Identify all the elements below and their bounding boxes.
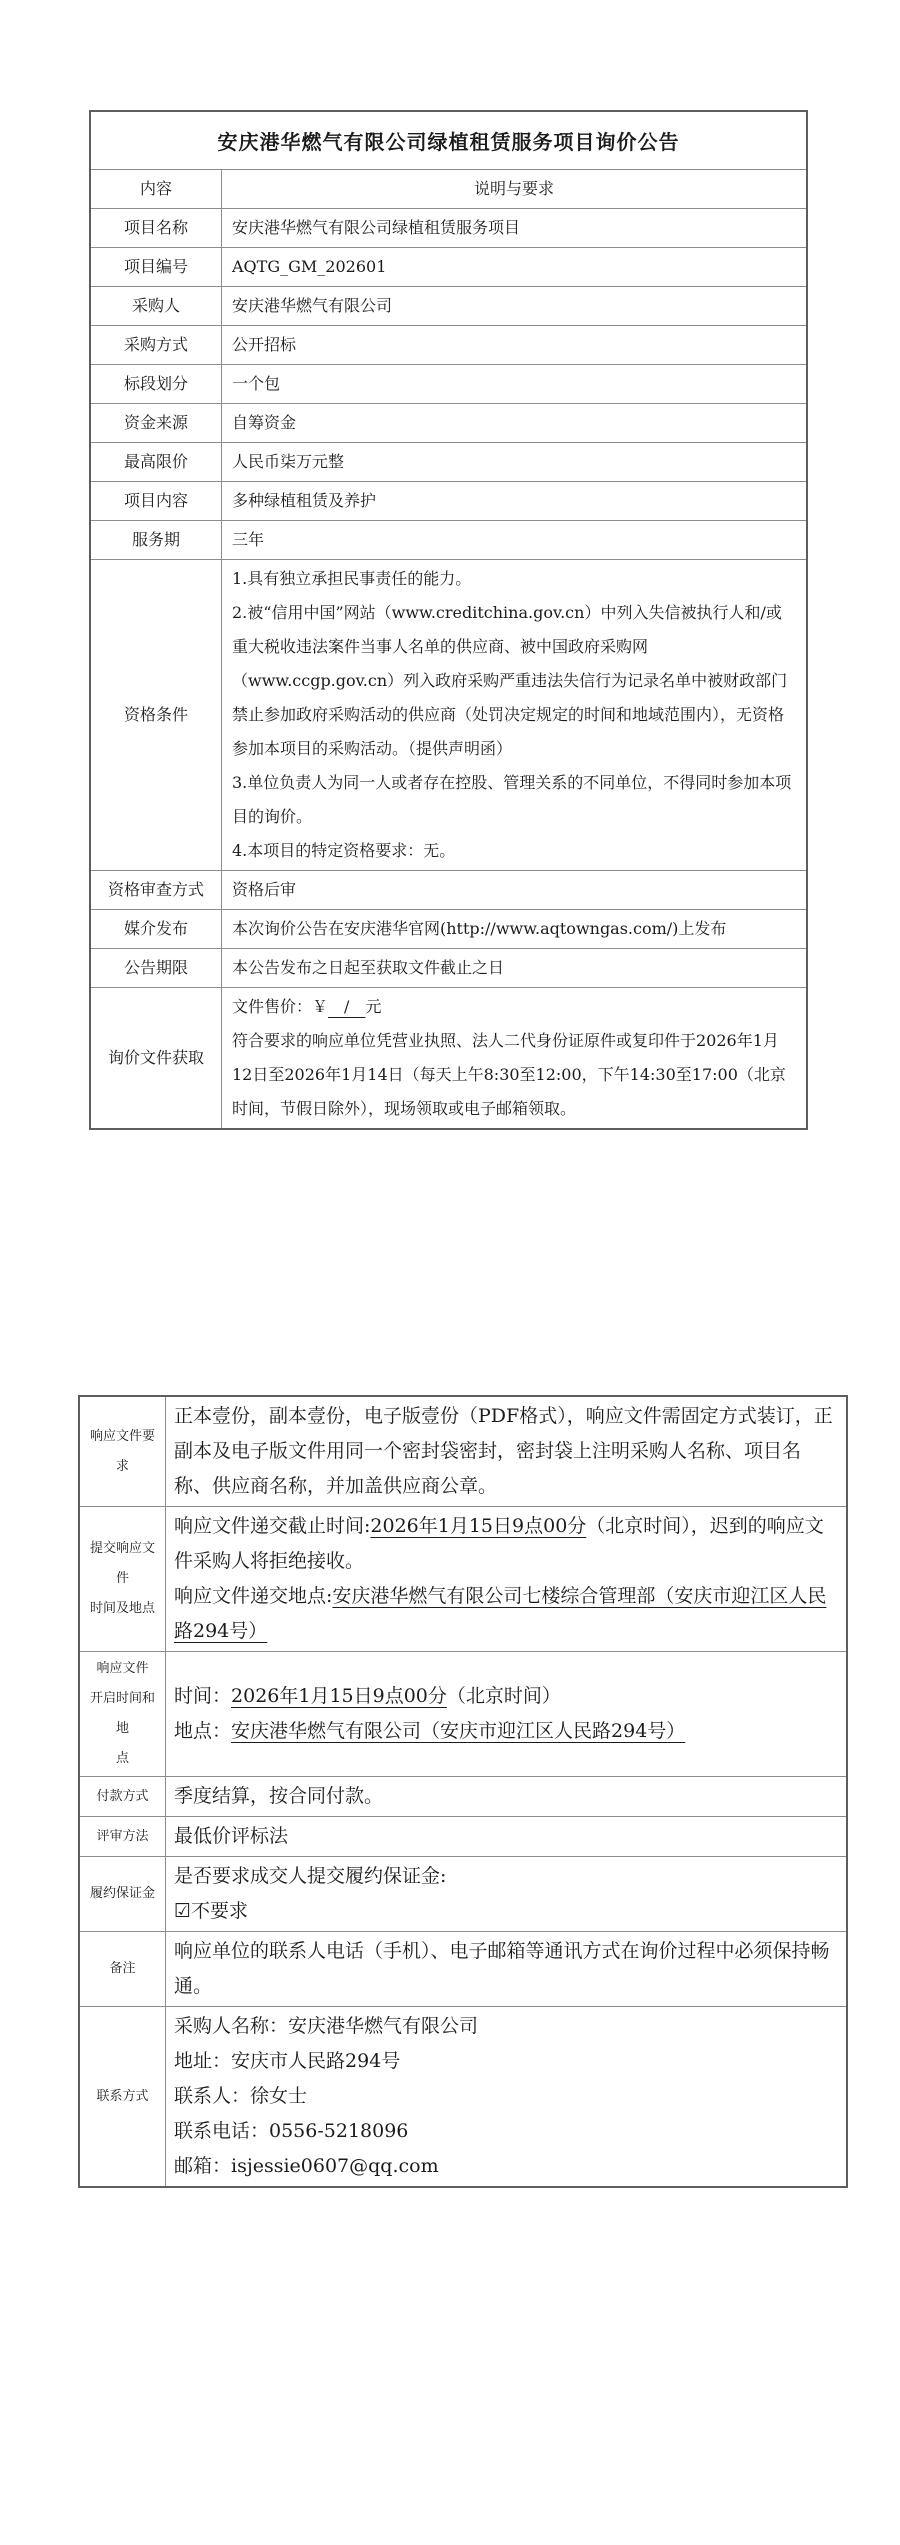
details-table: 响应文件要求正本壹份，副本壹份，电子版壹份（PDF格式），响应文件需固定方式装订…: [78, 1395, 848, 2188]
text-segment: 季度结算，按合同付款。: [174, 1785, 383, 1807]
document-acquisition-label: 询价文件获取: [108, 1043, 204, 1073]
media-release-label-cell: 媒介发布: [91, 910, 222, 948]
text-segment: /: [328, 997, 365, 1016]
row-procurement-method: 采购方式公开招标: [91, 325, 806, 364]
text-segment: 邮箱：isjessie0607@qq.com: [174, 2155, 439, 2177]
service-period-label: 服务期: [132, 525, 180, 555]
checkbox-checked-icon: ☑: [174, 1900, 191, 1922]
payment-method-label-cell: 付款方式: [80, 1777, 166, 1816]
paragraph: 邮箱：isjessie0607@qq.com: [174, 2149, 836, 2184]
procurement-method-content: 公开招标: [222, 326, 806, 364]
paragraph: 地址：安庆市人民路294号: [174, 2044, 836, 2079]
paragraph: 采购人名称：安庆港华燃气有限公司: [174, 2009, 836, 2044]
lot-division-content: 一个包: [222, 365, 806, 403]
text-segment: 联系电话：0556-5218096: [174, 2120, 408, 2142]
text-segment: 一个包: [232, 374, 280, 393]
project-content-label: 项目内容: [124, 486, 188, 516]
payment-method-content: 季度结算，按合同付款。: [166, 1777, 846, 1816]
text-segment: 安庆港华燃气有限公司绿植租赁服务项目: [232, 218, 520, 237]
paragraph: 本公告发布之日起至获取文件截止之日: [232, 951, 796, 985]
text-segment: 最低价评标法: [174, 1825, 288, 1847]
text-segment: 公开招标: [232, 335, 296, 354]
qualification-requirements-content: 1.具有独立承担民事责任的能力。2.被“信用中国”网站（www.creditch…: [222, 560, 806, 870]
text-segment: 元: [365, 997, 381, 1016]
paragraph: 响应文件递交地点:安庆港华燃气有限公司七楼综合管理部（安庆市迎江区人民路294号…: [174, 1579, 836, 1649]
paragraph: 响应单位的联系人电话（手机）、电子邮箱等通讯方式在询价过程中必须保持畅通。: [174, 1934, 836, 2004]
funding-source-label: 资金来源: [124, 408, 188, 438]
evaluation-method-label: 评审方法: [96, 1822, 148, 1852]
row-remarks: 备注响应单位的联系人电话（手机）、电子邮箱等通讯方式在询价过程中必须保持畅通。: [80, 1931, 846, 2006]
paragraph: 季度结算，按合同付款。: [174, 1779, 836, 1814]
paragraph: 公开招标: [232, 328, 796, 362]
header-content-column: 内容: [91, 170, 222, 208]
paragraph: 三年: [232, 523, 796, 557]
procurement-method-label: 采购方式: [124, 330, 188, 360]
text-segment: 本公告发布之日起至获取文件截止之日: [232, 958, 504, 977]
document-page: 安庆港华燃气有限公司绿植租赁服务项目询价公告 内容 说明与要求 项目名称安庆港华…: [0, 0, 900, 2545]
paragraph: 3.单位负责人为同一人或者存在控股、管理关系的不同单位，不得同时参加本项目的询价…: [232, 766, 796, 834]
text-segment: 2.被“信用中国”网站（www.creditchina.gov.cn）中列入失信…: [232, 603, 787, 758]
project-number-label-cell: 项目编号: [91, 248, 222, 286]
row-evaluation-method: 评审方法最低价评标法: [80, 1816, 846, 1856]
remarks-label-cell: 备注: [80, 1932, 166, 2006]
lot-division-label: 标段划分: [124, 369, 188, 399]
paragraph: 人民币柒万元整: [232, 445, 796, 479]
row-media-release: 媒介发布本次询价公告在安庆港华官网(http://www.aqtowngas.c…: [91, 909, 806, 948]
purchaser-content: 安庆港华燃气有限公司: [222, 287, 806, 325]
text-segment: 符合要求的响应单位凭营业执照、法人二代身份证原件或复印件于2026年1月12日至…: [232, 1031, 786, 1118]
paragraph: 4.本项目的特定资格要求：无。: [232, 834, 796, 868]
paragraph: 最低价评标法: [174, 1819, 836, 1854]
row-lot-division: 标段划分一个包: [91, 364, 806, 403]
text-segment: 采购人名称：安庆港华燃气有限公司: [174, 2015, 478, 2037]
row-document-acquisition: 询价文件获取文件售价：￥ / 元符合要求的响应单位凭营业执照、法人二代身份证原件…: [91, 987, 806, 1128]
lot-division-label-cell: 标段划分: [91, 365, 222, 403]
text-segment: 响应文件递交地点:: [174, 1585, 332, 1607]
row-qualification-requirements: 资格条件1.具有独立承担民事责任的能力。2.被“信用中国”网站（www.cred…: [91, 559, 806, 870]
paragraph: ☑不要求: [174, 1894, 836, 1929]
announcement-period-content: 本公告发布之日起至获取文件截止之日: [222, 949, 806, 987]
paragraph: 联系人：徐女士: [174, 2079, 836, 2114]
paragraph: 安庆港华燃气有限公司: [232, 289, 796, 323]
procurement-method-label-cell: 采购方式: [91, 326, 222, 364]
text-segment: 本次询价公告在安庆港华官网(http://www.aqtowngas.com/)…: [232, 919, 726, 938]
project-content-label-cell: 项目内容: [91, 482, 222, 520]
paragraph: 1.具有独立承担民事责任的能力。: [232, 562, 796, 596]
price-ceiling-label-cell: 最高限价: [91, 443, 222, 481]
announcement-title-row: 安庆港华燃气有限公司绿植租赁服务项目询价公告: [91, 112, 806, 169]
response-doc-requirements-label-cell: 响应文件要求: [80, 1397, 166, 1506]
text-segment: 是否要求成交人提交履约保证金:: [174, 1865, 446, 1887]
paragraph: 本次询价公告在安庆港华官网(http://www.aqtowngas.com/)…: [232, 912, 796, 946]
funding-source-label-cell: 资金来源: [91, 404, 222, 442]
paragraph: 联系电话：0556-5218096: [174, 2114, 836, 2149]
opening-time-place-label-cell: 响应文件 开启时间和地 点: [80, 1652, 166, 1776]
row-response-doc-requirements: 响应文件要求正本壹份，副本壹份，电子版壹份（PDF格式），响应文件需固定方式装订…: [80, 1397, 846, 1506]
paragraph: 符合要求的响应单位凭营业执照、法人二代身份证原件或复印件于2026年1月12日至…: [232, 1024, 796, 1126]
performance-bond-content: 是否要求成交人提交履约保证金:☑不要求: [166, 1857, 846, 1931]
row-qualification-review: 资格审查方式资格后审: [91, 870, 806, 909]
remarks-label: 备注: [109, 1954, 135, 1984]
qualification-requirements-label: 资格条件: [124, 700, 188, 730]
header-description-label: 说明与要求: [474, 172, 554, 206]
row-opening-time-place: 响应文件 开启时间和地 点时间：2026年1月15日9点00分（北京时间）地点：…: [80, 1651, 846, 1776]
submission-time-place-label-cell: 提交响应文件 时间及地点: [80, 1507, 166, 1651]
remarks-content: 响应单位的联系人电话（手机）、电子邮箱等通讯方式在询价过程中必须保持畅通。: [166, 1932, 846, 2006]
performance-bond-label: 履约保证金: [90, 1879, 155, 1909]
price-ceiling-content: 人民币柒万元整: [222, 443, 806, 481]
paragraph: AQTG_GM_202601: [232, 250, 796, 284]
row-announcement-period: 公告期限本公告发布之日起至获取文件截止之日: [91, 948, 806, 987]
price-ceiling-label: 最高限价: [124, 447, 188, 477]
paragraph: 是否要求成交人提交履约保证金:: [174, 1859, 836, 1894]
text-segment: 联系人：徐女士: [174, 2085, 307, 2107]
payment-method-label: 付款方式: [96, 1782, 148, 1812]
contact-info-content: 采购人名称：安庆港华燃气有限公司地址：安庆市人民路294号联系人：徐女士联系电话…: [166, 2007, 846, 2186]
header-content-label: 内容: [140, 174, 172, 204]
opening-time-place-label: 响应文件 开启时间和地 点: [84, 1654, 161, 1774]
project-number-content: AQTG_GM_202601: [222, 248, 806, 286]
text-segment: 人民币柒万元整: [232, 452, 344, 471]
text-segment: 正本壹份，副本壹份，电子版壹份（PDF格式），响应文件需固定方式装订，正副本及电…: [174, 1405, 833, 1497]
text-segment: 文件售价：￥: [232, 997, 328, 1016]
row-project-content: 项目内容多种绿植租赁及养护: [91, 481, 806, 520]
document-acquisition-label-cell: 询价文件获取: [91, 988, 222, 1128]
text-segment: 不要求: [191, 1900, 248, 1922]
text-segment: 2026年1月15日9点00分: [370, 1515, 586, 1537]
row-payment-method: 付款方式季度结算，按合同付款。: [80, 1776, 846, 1816]
row-performance-bond: 履约保证金是否要求成交人提交履约保证金:☑不要求: [80, 1856, 846, 1931]
media-release-content: 本次询价公告在安庆港华官网(http://www.aqtowngas.com/)…: [222, 910, 806, 948]
row-funding-source: 资金来源自筹资金: [91, 403, 806, 442]
text-segment: 3.单位负责人为同一人或者存在控股、管理关系的不同单位，不得同时参加本项目的询价…: [232, 773, 791, 826]
submission-time-place-label: 提交响应文件 时间及地点: [84, 1534, 161, 1624]
document-acquisition-content: 文件售价：￥ / 元符合要求的响应单位凭营业执照、法人二代身份证原件或复印件于2…: [222, 988, 806, 1128]
qualification-review-label: 资格审查方式: [108, 875, 204, 905]
performance-bond-label-cell: 履约保证金: [80, 1857, 166, 1931]
text-segment: AQTG_GM_202601: [232, 257, 386, 276]
qualification-review-label-cell: 资格审查方式: [91, 871, 222, 909]
project-name-label: 项目名称: [124, 213, 188, 243]
announcement-period-label: 公告期限: [124, 953, 188, 983]
text-segment: 多种绿植租赁及养护: [232, 491, 376, 510]
project-content-content: 多种绿植租赁及养护: [222, 482, 806, 520]
text-segment: 三年: [232, 530, 264, 549]
header-description-column: 说明与要求: [222, 170, 806, 208]
row-submission-time-place: 提交响应文件 时间及地点响应文件递交截止时间:2026年1月15日9点00分（北…: [80, 1506, 846, 1651]
paragraph: 安庆港华燃气有限公司绿植租赁服务项目: [232, 211, 796, 245]
row-service-period: 服务期三年: [91, 520, 806, 559]
project-name-content: 安庆港华燃气有限公司绿植租赁服务项目: [222, 209, 806, 247]
project-number-label: 项目编号: [124, 252, 188, 282]
qualification-review-content: 资格后审: [222, 871, 806, 909]
service-period-content: 三年: [222, 521, 806, 559]
table-header-row: 内容 说明与要求: [91, 169, 806, 208]
text-segment: 时间：: [174, 1685, 231, 1707]
text-segment: 响应单位的联系人电话（手机）、电子邮箱等通讯方式在询价过程中必须保持畅通。: [174, 1940, 830, 1997]
submission-time-place-content: 响应文件递交截止时间:2026年1月15日9点00分（北京时间），迟到的响应文件…: [166, 1507, 846, 1651]
text-segment: 1.具有独立承担民事责任的能力。: [232, 569, 471, 588]
text-segment: 安庆港华燃气有限公司: [232, 296, 392, 315]
row-contact-info: 联系方式采购人名称：安庆港华燃气有限公司地址：安庆市人民路294号联系人：徐女士…: [80, 2006, 846, 2186]
paragraph: 时间：2026年1月15日9点00分（北京时间）: [174, 1679, 836, 1714]
text-segment: 安庆港华燃气有限公司（安庆市迎江区人民路294号）: [231, 1720, 685, 1742]
row-project-name: 项目名称安庆港华燃气有限公司绿植租赁服务项目: [91, 208, 806, 247]
evaluation-method-label-cell: 评审方法: [80, 1817, 166, 1856]
paragraph: 一个包: [232, 367, 796, 401]
paragraph: 自筹资金: [232, 406, 796, 440]
announcement-table: 安庆港华燃气有限公司绿植租赁服务项目询价公告 内容 说明与要求 项目名称安庆港华…: [89, 110, 808, 1130]
row-purchaser: 采购人安庆港华燃气有限公司: [91, 286, 806, 325]
response-doc-requirements-label: 响应文件要求: [84, 1422, 161, 1482]
text-segment: 2026年1月15日9点00分: [231, 1685, 447, 1707]
purchaser-label-cell: 采购人: [91, 287, 222, 325]
announcement-period-label-cell: 公告期限: [91, 949, 222, 987]
paragraph: 文件售价：￥ / 元: [232, 990, 796, 1024]
paragraph: 多种绿植租赁及养护: [232, 484, 796, 518]
paragraph: 资格后审: [232, 873, 796, 907]
text-segment: 资格后审: [232, 880, 296, 899]
contact-info-label: 联系方式: [96, 2082, 148, 2112]
text-segment: 地址：安庆市人民路294号: [174, 2050, 400, 2072]
text-segment: （北京时间）: [447, 1685, 561, 1707]
qualification-requirements-label-cell: 资格条件: [91, 560, 222, 870]
row-project-number: 项目编号AQTG_GM_202601: [91, 247, 806, 286]
text-segment: 响应文件递交截止时间:: [174, 1515, 370, 1537]
text-segment: 自筹资金: [232, 413, 296, 432]
evaluation-method-content: 最低价评标法: [166, 1817, 846, 1856]
paragraph: 地点：安庆港华燃气有限公司（安庆市迎江区人民路294号）: [174, 1714, 836, 1749]
response-doc-requirements-content: 正本壹份，副本壹份，电子版壹份（PDF格式），响应文件需固定方式装订，正副本及电…: [166, 1397, 846, 1506]
paragraph: 正本壹份，副本壹份，电子版壹份（PDF格式），响应文件需固定方式装订，正副本及电…: [174, 1399, 836, 1504]
opening-time-place-content: 时间：2026年1月15日9点00分（北京时间）地点：安庆港华燃气有限公司（安庆…: [166, 1652, 846, 1776]
media-release-label: 媒介发布: [124, 914, 188, 944]
project-name-label-cell: 项目名称: [91, 209, 222, 247]
paragraph: 响应文件递交截止时间:2026年1月15日9点00分（北京时间），迟到的响应文件…: [174, 1509, 836, 1579]
contact-info-label-cell: 联系方式: [80, 2007, 166, 2186]
paragraph: 2.被“信用中国”网站（www.creditchina.gov.cn）中列入失信…: [232, 596, 796, 766]
service-period-label-cell: 服务期: [91, 521, 222, 559]
row-price-ceiling: 最高限价人民币柒万元整: [91, 442, 806, 481]
purchaser-label: 采购人: [132, 291, 180, 321]
text-segment: 4.本项目的特定资格要求：无。: [232, 841, 455, 860]
text-segment: 地点：: [174, 1720, 231, 1742]
funding-source-content: 自筹资金: [222, 404, 806, 442]
page-title: 安庆港华燃气有限公司绿植租赁服务项目询价公告: [218, 126, 680, 155]
